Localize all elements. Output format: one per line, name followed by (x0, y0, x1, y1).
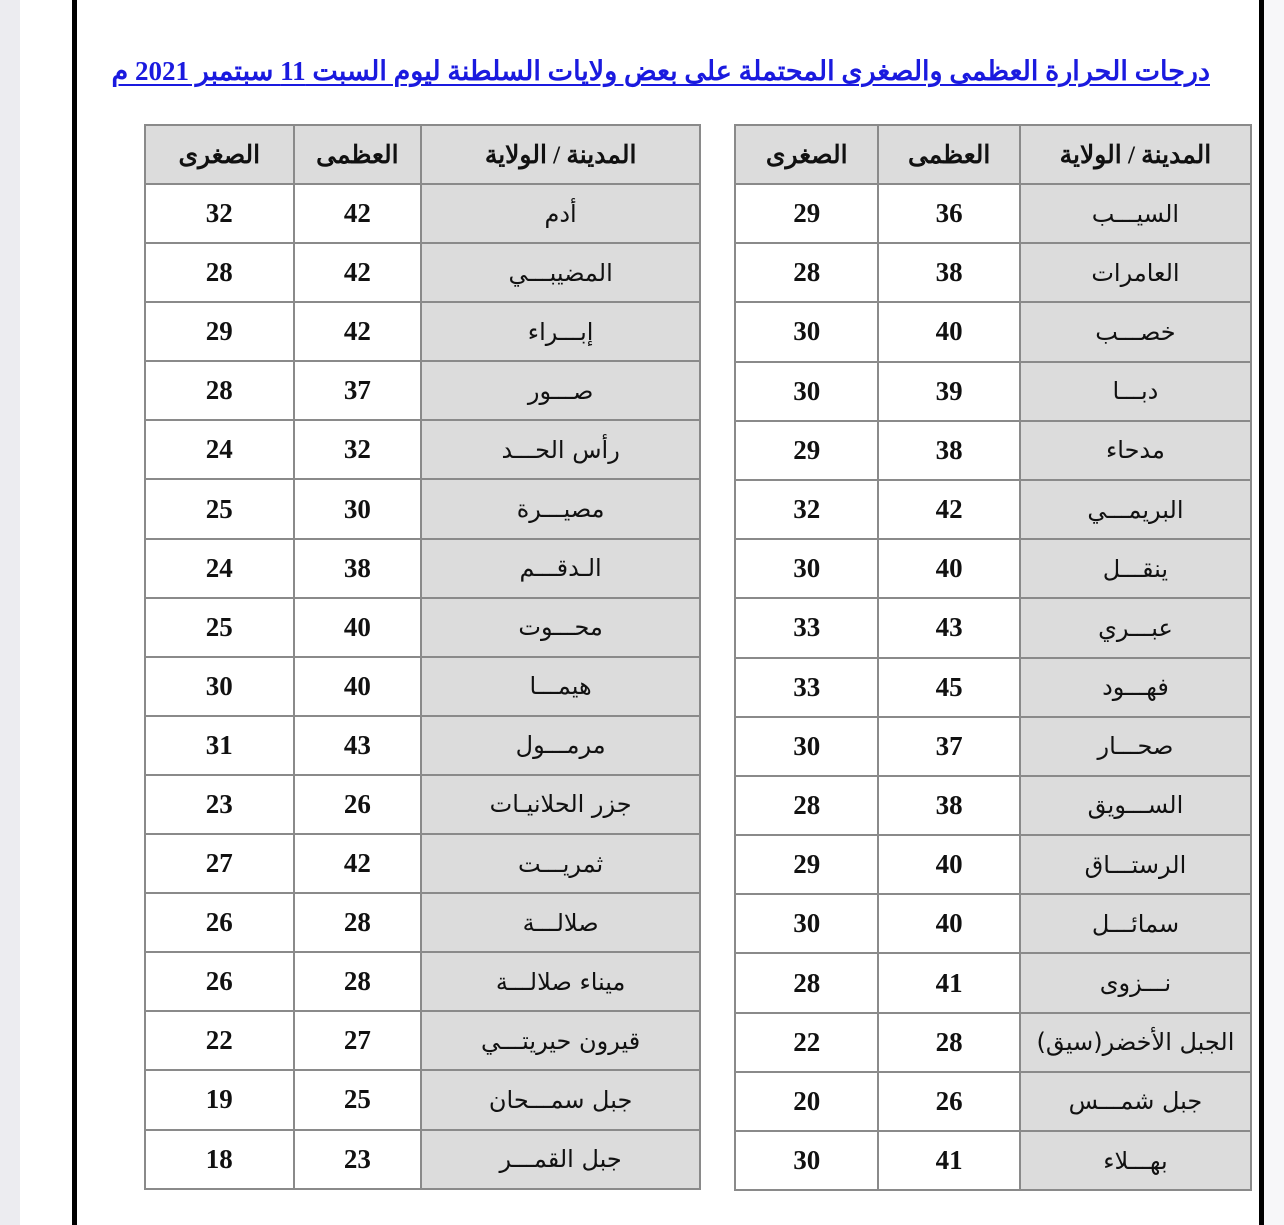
min-temp-cell: 30 (735, 894, 878, 953)
table-row: المضيبـــي4228 (145, 243, 700, 302)
city-cell: هيمـــا (421, 657, 700, 716)
max-temp-cell: 28 (294, 952, 422, 1011)
city-cell: الـدقـــم (421, 539, 700, 598)
table-row: ميناء صلالـــة2826 (145, 952, 700, 1011)
city-cell: إبـــراء (421, 302, 700, 361)
table-row: جبل شمـــس2620 (735, 1072, 1251, 1131)
min-temp-cell: 25 (145, 598, 294, 657)
min-temp-cell: 29 (735, 421, 878, 480)
max-temp-cell: 42 (294, 834, 422, 893)
min-temp-cell: 24 (145, 420, 294, 479)
min-temp-cell: 32 (735, 480, 878, 539)
min-temp-cell: 22 (145, 1011, 294, 1070)
table-row: قيرون حيريتـــي2722 (145, 1011, 700, 1070)
max-temp-cell: 30 (294, 479, 422, 538)
max-temp-cell: 36 (878, 184, 1019, 243)
min-temp-cell: 28 (145, 243, 294, 302)
city-cell: جبل القمـــر (421, 1130, 700, 1189)
right-margin (1264, 0, 1284, 1225)
city-cell: العامرات (1020, 243, 1251, 302)
max-temp-cell: 26 (878, 1072, 1019, 1131)
table-row: صـــور3728 (145, 361, 700, 420)
min-temp-cell: 18 (145, 1130, 294, 1189)
table-row: أدم4232 (145, 184, 700, 243)
min-temp-cell: 29 (735, 184, 878, 243)
min-temp-cell: 33 (735, 658, 878, 717)
max-temp-cell: 41 (878, 1131, 1019, 1190)
city-cell: ينقـــل (1020, 539, 1251, 598)
table-row: جبل سمـــحان2519 (145, 1070, 700, 1129)
city-cell: الســـويق (1020, 776, 1251, 835)
header-min: الصغرى (145, 125, 294, 184)
min-temp-cell: 23 (145, 775, 294, 834)
table-row: نـــزوى4128 (735, 953, 1251, 1012)
min-temp-cell: 29 (735, 835, 878, 894)
city-cell: ثمريـــت (421, 834, 700, 893)
min-temp-cell: 24 (145, 539, 294, 598)
max-temp-cell: 43 (294, 716, 422, 775)
max-temp-cell: 40 (294, 598, 422, 657)
min-temp-cell: 26 (145, 952, 294, 1011)
max-temp-cell: 37 (294, 361, 422, 420)
max-temp-cell: 38 (878, 421, 1019, 480)
header-max: العظمى (878, 125, 1019, 184)
temperature-table-right: المدينة / الولاية العظمى الصغرى السيـــب… (734, 124, 1252, 1191)
table-row: البريمـــي4232 (735, 480, 1251, 539)
max-temp-cell: 38 (878, 776, 1019, 835)
header-max: العظمى (294, 125, 422, 184)
min-temp-cell: 30 (145, 657, 294, 716)
max-temp-cell: 28 (878, 1013, 1019, 1072)
max-temp-cell: 28 (294, 893, 422, 952)
table-row: ثمريـــت4227 (145, 834, 700, 893)
min-temp-cell: 30 (735, 539, 878, 598)
max-temp-cell: 32 (294, 420, 422, 479)
max-temp-cell: 42 (294, 302, 422, 361)
max-temp-cell: 40 (878, 894, 1019, 953)
left-margin (0, 0, 20, 1225)
table-row: رأس الحـــد3224 (145, 420, 700, 479)
max-temp-cell: 39 (878, 362, 1019, 421)
min-temp-cell: 25 (145, 479, 294, 538)
table-header-row: المدينة / الولاية العظمى الصغرى (145, 125, 700, 184)
max-temp-cell: 27 (294, 1011, 422, 1070)
city-cell: المضيبـــي (421, 243, 700, 302)
table-row: الـدقـــم3824 (145, 539, 700, 598)
table-row: إبـــراء4229 (145, 302, 700, 361)
table-row: صحـــار3730 (735, 717, 1251, 776)
city-cell: الرستـــاق (1020, 835, 1251, 894)
max-temp-cell: 42 (878, 480, 1019, 539)
table-row: بهـــلاء4130 (735, 1131, 1251, 1190)
table-row: جزر الحلانيـات2623 (145, 775, 700, 834)
min-temp-cell: 30 (735, 1131, 878, 1190)
table-header-row: المدينة / الولاية العظمى الصغرى (735, 125, 1251, 184)
max-temp-cell: 40 (878, 835, 1019, 894)
min-temp-cell: 26 (145, 893, 294, 952)
max-temp-cell: 37 (878, 717, 1019, 776)
min-temp-cell: 30 (735, 302, 878, 361)
city-cell: صلالـــة (421, 893, 700, 952)
max-temp-cell: 23 (294, 1130, 422, 1189)
city-cell: جزر الحلانيـات (421, 775, 700, 834)
city-cell: جبل شمـــس (1020, 1072, 1251, 1131)
city-cell: قيرون حيريتـــي (421, 1011, 700, 1070)
temperature-table-left: المدينة / الولاية العظمى الصغرى أدم4232ا… (144, 124, 701, 1190)
table-row: العامرات3828 (735, 243, 1251, 302)
city-cell: جبل سمـــحان (421, 1070, 700, 1129)
city-cell: الجبل الأخضر(سيق) (1020, 1013, 1251, 1072)
min-temp-cell: 28 (735, 953, 878, 1012)
city-cell: دبـــا (1020, 362, 1251, 421)
min-temp-cell: 19 (145, 1070, 294, 1129)
table-row: جبل القمـــر2318 (145, 1130, 700, 1189)
max-temp-cell: 26 (294, 775, 422, 834)
city-cell: أدم (421, 184, 700, 243)
table-row: دبـــا3930 (735, 362, 1251, 421)
header-min: الصغرى (735, 125, 878, 184)
city-cell: خصـــب (1020, 302, 1251, 361)
city-cell: مدحاء (1020, 421, 1251, 480)
max-temp-cell: 38 (294, 539, 422, 598)
city-cell: مرمـــول (421, 716, 700, 775)
city-cell: بهـــلاء (1020, 1131, 1251, 1190)
max-temp-cell: 42 (294, 243, 422, 302)
city-cell: السيـــب (1020, 184, 1251, 243)
min-temp-cell: 32 (145, 184, 294, 243)
city-cell: البريمـــي (1020, 480, 1251, 539)
table-row: صلالـــة2826 (145, 893, 700, 952)
min-temp-cell: 28 (735, 776, 878, 835)
max-temp-cell: 43 (878, 598, 1019, 657)
max-temp-cell: 41 (878, 953, 1019, 1012)
city-cell: رأس الحـــد (421, 420, 700, 479)
table-row: هيمـــا4030 (145, 657, 700, 716)
header-city: المدينة / الولاية (1020, 125, 1251, 184)
city-cell: محـــوت (421, 598, 700, 657)
min-temp-cell: 22 (735, 1013, 878, 1072)
table-row: الســـويق3828 (735, 776, 1251, 835)
max-temp-cell: 40 (294, 657, 422, 716)
city-cell: سمائـــل (1020, 894, 1251, 953)
city-cell: عبـــري (1020, 598, 1251, 657)
city-cell: فهـــود (1020, 658, 1251, 717)
table-row: الرستـــاق4029 (735, 835, 1251, 894)
min-temp-cell: 29 (145, 302, 294, 361)
city-cell: صـــور (421, 361, 700, 420)
max-temp-cell: 40 (878, 539, 1019, 598)
page-border-left (72, 0, 77, 1225)
max-temp-cell: 38 (878, 243, 1019, 302)
table-row: مدحاء3829 (735, 421, 1251, 480)
table-row: الجبل الأخضر(سيق)2822 (735, 1013, 1251, 1072)
document-title[interactable]: درجات الحرارة العظمى والصغرى المحتملة عل… (110, 56, 1210, 87)
table-row: خصـــب4030 (735, 302, 1251, 361)
max-temp-cell: 40 (878, 302, 1019, 361)
table-row: محـــوت4025 (145, 598, 700, 657)
city-cell: مصيـــرة (421, 479, 700, 538)
table-row: سمائـــل4030 (735, 894, 1251, 953)
min-temp-cell: 33 (735, 598, 878, 657)
city-cell: ميناء صلالـــة (421, 952, 700, 1011)
header-city: المدينة / الولاية (421, 125, 700, 184)
min-temp-cell: 30 (735, 717, 878, 776)
min-temp-cell: 20 (735, 1072, 878, 1131)
min-temp-cell: 30 (735, 362, 878, 421)
city-cell: صحـــار (1020, 717, 1251, 776)
table-row: ينقـــل4030 (735, 539, 1251, 598)
table-row: السيـــب3629 (735, 184, 1251, 243)
max-temp-cell: 45 (878, 658, 1019, 717)
max-temp-cell: 25 (294, 1070, 422, 1129)
max-temp-cell: 42 (294, 184, 422, 243)
city-cell: نـــزوى (1020, 953, 1251, 1012)
table-row: عبـــري4333 (735, 598, 1251, 657)
min-temp-cell: 27 (145, 834, 294, 893)
table-row: فهـــود4533 (735, 658, 1251, 717)
table-row: مصيـــرة3025 (145, 479, 700, 538)
min-temp-cell: 28 (735, 243, 878, 302)
min-temp-cell: 28 (145, 361, 294, 420)
min-temp-cell: 31 (145, 716, 294, 775)
table-row: مرمـــول4331 (145, 716, 700, 775)
